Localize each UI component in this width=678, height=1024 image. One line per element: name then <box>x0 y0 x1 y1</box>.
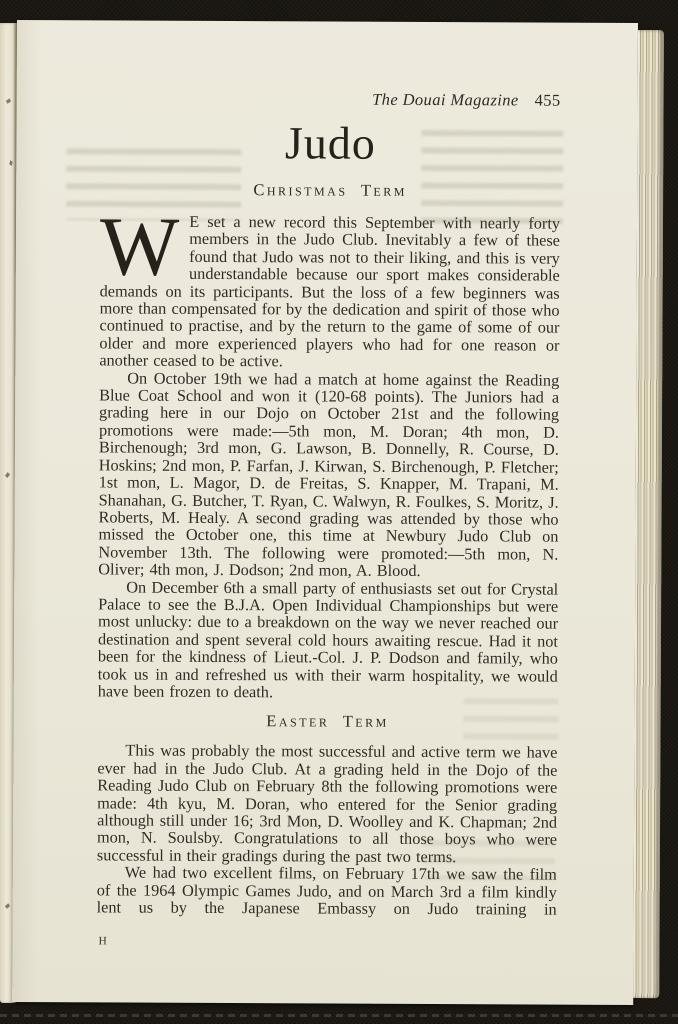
running-header: The Douai Magazine455 <box>101 88 561 110</box>
paragraph: On December 6th a small party of enthusi… <box>98 578 559 702</box>
paragraph: WE set a new record this September with … <box>99 212 560 371</box>
paragraph: This was probably the most successful an… <box>97 742 558 866</box>
page-content: The Douai Magazine455 Judo Christmas Ter… <box>12 88 637 950</box>
magazine-title: The Douai Magazine <box>372 90 519 110</box>
paragraph-text: We had two excellent films, on February … <box>97 863 557 919</box>
article-title: Judo <box>100 117 560 169</box>
paragraph-text: This was probably the most successful an… <box>97 741 558 866</box>
book-page: The Douai Magazine455 Judo Christmas Ter… <box>12 20 638 1005</box>
paragraph-text: On October 19th we had a match at home a… <box>98 368 559 580</box>
paragraph: We had two excellent films, on February … <box>97 864 557 918</box>
page-stack-fore-edge <box>633 30 664 998</box>
section-heading-christmas-term: Christmas Term <box>100 179 560 201</box>
article-body: WE set a new record this September with … <box>96 212 560 950</box>
book-photo: { "document": { "header": { "magazine_ti… <box>0 0 678 1024</box>
printers-signature-mark: H <box>98 936 556 950</box>
page-number: 455 <box>535 91 561 110</box>
drop-cap-letter: W <box>100 212 190 280</box>
section-heading-easter-term: Easter Term <box>98 711 558 733</box>
paragraph-text: On December 6th a small party of enthusi… <box>98 577 559 701</box>
cover-seam-line <box>0 1014 678 1017</box>
paragraph: On October 19th we had a match at home a… <box>98 369 559 580</box>
